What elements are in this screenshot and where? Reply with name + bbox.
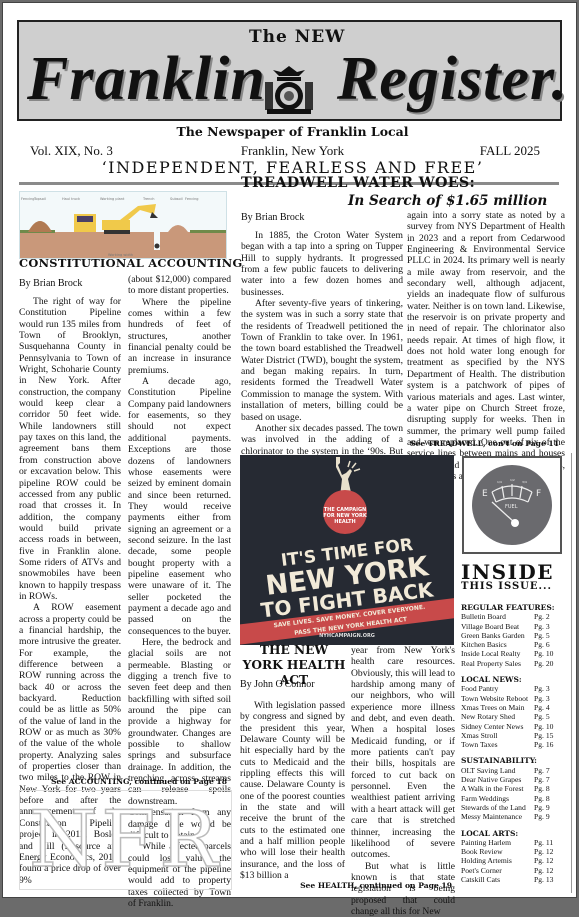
toc-item[interactable]: Xmas StrollPg. 15 (461, 731, 565, 740)
byline-treadwell: By Brian Brock (241, 212, 304, 223)
paper-subtitle: The Newspaper of Franklin Local (3, 124, 579, 139)
toc-item[interactable]: Town Website RebootPg. 3 (461, 694, 565, 703)
toc-item[interactable]: Stewards of the LandPg. 9 (461, 803, 565, 812)
svg-text:Subsoil: Subsoil (170, 197, 183, 201)
headline-constitutional-accounting: CONSTITUTIONAL ACCOUNTING (19, 256, 231, 270)
toc-item[interactable]: Poet's CornerPg. 12 (461, 866, 565, 875)
toc-item[interactable]: Painting HarlemPg. 11 (461, 838, 565, 847)
toc-item[interactable]: Inside Local RealtyPg. 10 (461, 649, 565, 658)
svg-text:Haul truck: Haul truck (62, 197, 81, 201)
toc-item[interactable]: Messy MaintenancePg. 9 (461, 812, 565, 821)
svg-text:1/2: 1/2 (510, 478, 515, 482)
toc-item[interactable]: Dear Native GrapesPg. 7 (461, 775, 565, 784)
toc-item[interactable]: Village Board BeatPg. 3 (461, 622, 565, 631)
headline-treadwell: TREADWELL WATER WOES: (241, 175, 475, 191)
toc-section-regular-features: REGULAR FEATURES: (461, 603, 565, 612)
page-edge-rule (571, 453, 572, 893)
toc-item[interactable]: OLT Saving LandPg. 7 (461, 766, 565, 775)
masthead: The NEW Franklin Register. (17, 20, 562, 121)
toc-item[interactable]: Xmas Trees on MainPg. 4 (461, 703, 565, 712)
subheadline-treadwell: In Search of $1.65 million (348, 193, 547, 209)
pipeline-construction-illustration: Fencing Topsoil Haul truck Working plant… (19, 191, 227, 259)
table-of-contents: REGULAR FEATURES: Bulletin BoardPg. 2 Vi… (461, 603, 565, 884)
fuel-gauge-icon: E F 1/4 1/2 3/4 FUEL (464, 458, 560, 552)
newspaper-page: The NEW Franklin Register. The Newspaper… (2, 2, 577, 898)
campaign-badge-text: THE CAMPAIGN FOR NEW YORK HEALTH (323, 507, 367, 525)
health-continued-link[interactable]: See HEALTH, continued on Page 19 (300, 881, 452, 890)
toc-item[interactable]: Farm WeddingsPg. 8 (461, 794, 565, 803)
poster-url: NYHCAMPAIGN.ORG (240, 633, 454, 639)
label-fencing: Fencing (21, 197, 35, 201)
toc-item[interactable]: Book ReviewPg. 12 (461, 847, 565, 856)
toc-section-sustainability: SUSTAINABILITY: (461, 756, 565, 765)
issue-season: FALL 2025 (480, 143, 540, 159)
svg-text:Fencing: Fencing (185, 197, 199, 201)
toc-item[interactable]: Town TaxesPg. 16 (461, 740, 565, 749)
accounting-continued-link[interactable]: See ACCOUNTING, continued on Page 18 (51, 777, 227, 786)
masthead-franklin: Franklin (27, 48, 266, 110)
health-column-1: With legislation passed by congress and … (240, 700, 345, 882)
svg-text:1/4: 1/4 (497, 480, 502, 484)
toc-item[interactable]: New Rotary ShedPg. 5 (461, 712, 565, 721)
toc-item[interactable]: Food PantryPg. 3 (461, 684, 565, 693)
svg-text:E: E (482, 489, 488, 499)
fuel-gauge-image: E F 1/4 1/2 3/4 FUEL (462, 456, 562, 554)
toc-item[interactable]: Sidney Center NewsPg. 10 (461, 722, 565, 731)
masthead-the-new: The NEW (249, 27, 345, 47)
svg-text:FUEL: FUEL (505, 504, 518, 510)
toc-item[interactable]: Bulletin BoardPg. 2 (461, 612, 565, 621)
svg-text:F: F (536, 489, 541, 499)
masthead-register: Register. (337, 48, 568, 110)
health-column-2: year from New York's health care resourc… (351, 645, 455, 900)
toc-item[interactable]: Kitchen BasicsPg. 6 (461, 640, 565, 649)
toc-item[interactable]: A Walk in the ForestPg. 8 (461, 784, 565, 793)
nyhealth-campaign-poster: THE CAMPAIGN FOR NEW YORK HEALTH IT'S TI… (240, 455, 454, 645)
toc-item[interactable]: Real Property SalesPg. 20 (461, 659, 565, 668)
toc-item[interactable]: Green Banks GardenPg. 5 (461, 631, 565, 640)
nfr-logo: NFR (19, 790, 232, 890)
svg-text:Trench: Trench (142, 197, 155, 201)
toc-section-local-arts: LOCAL ARTS: (461, 829, 565, 838)
state-seal-icon (259, 64, 319, 116)
toc-section-local-news: LOCAL NEWS: (461, 675, 565, 684)
svg-text:Topsoil: Topsoil (33, 197, 46, 201)
svg-text:Working plant: Working plant (100, 197, 125, 201)
inside-subtitle: THIS ISSUE... (461, 581, 552, 592)
toc-item[interactable]: Catskill CatsPg. 13 (461, 875, 565, 884)
svg-text:3/4: 3/4 (522, 480, 527, 484)
byline-health: By John O'Connor (240, 679, 315, 690)
byline-accounting: By Brian Brock (19, 278, 82, 289)
treadwell-continued-link[interactable]: See TREADWELL, con't on Page 11 (410, 439, 559, 448)
toc-item[interactable]: Holding ArtemisPg. 12 (461, 856, 565, 865)
